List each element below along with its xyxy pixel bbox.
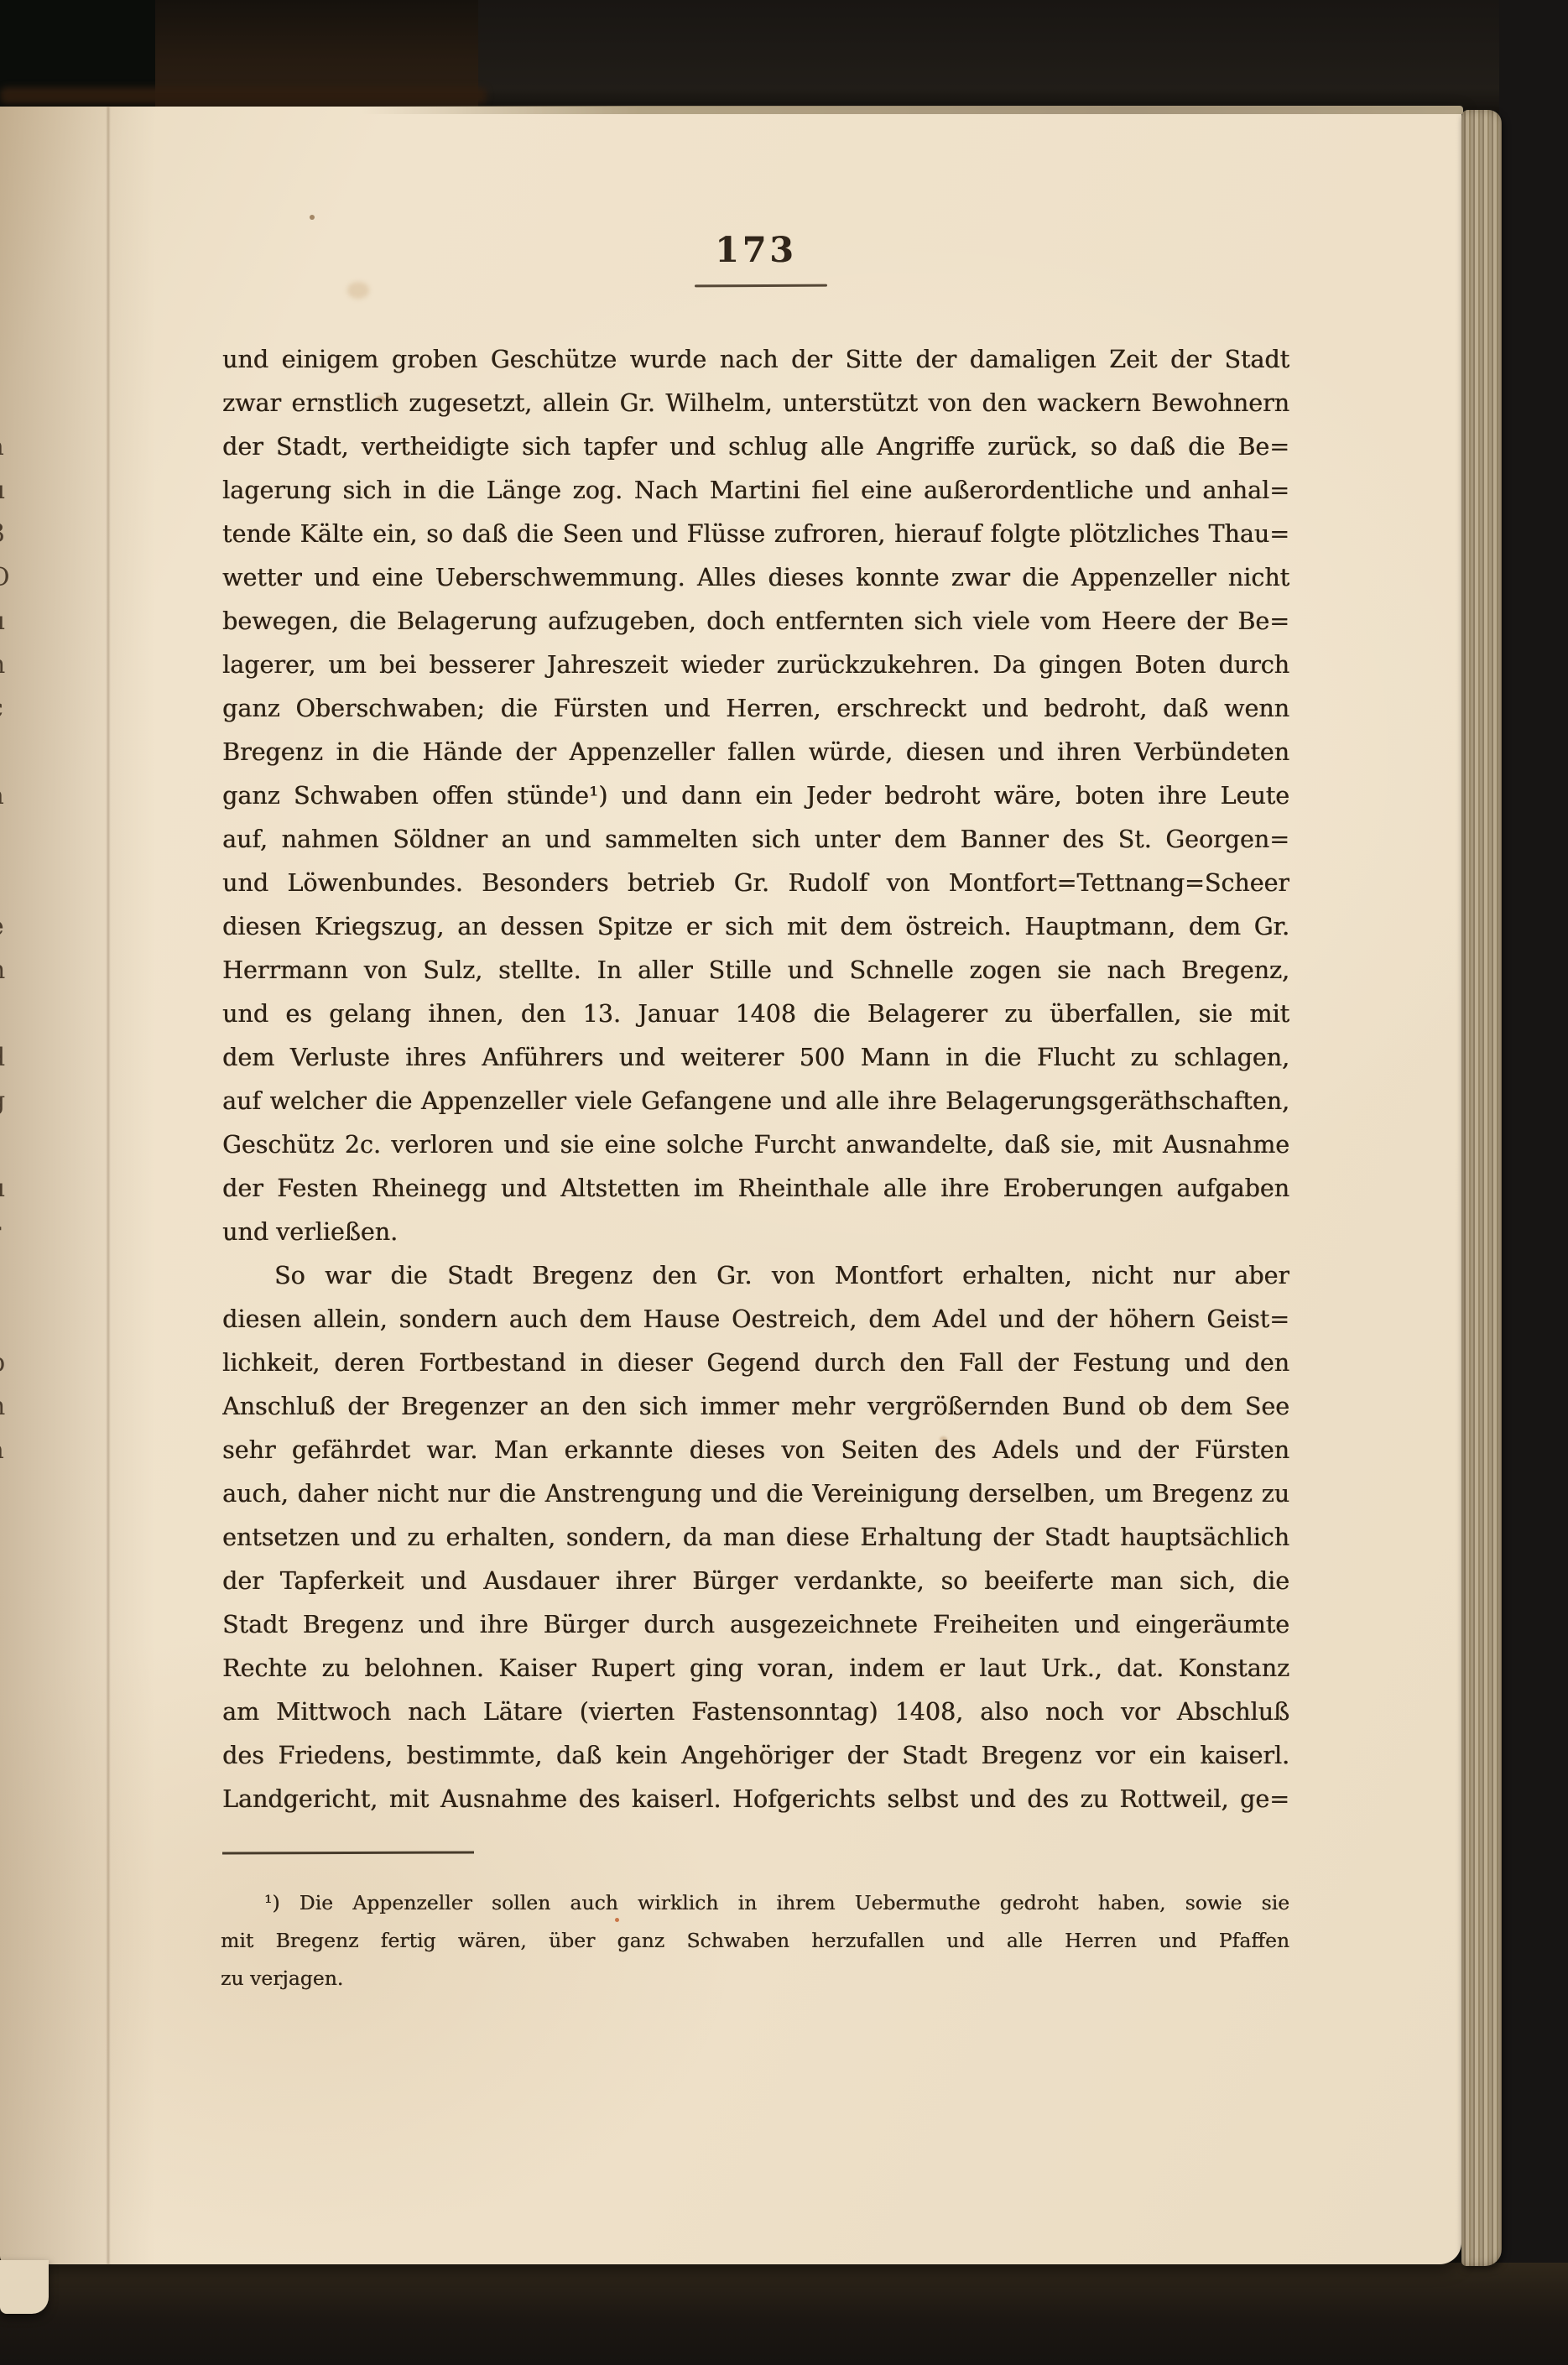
- scan-background-top-right: [478, 0, 1568, 111]
- page-edges-right: [1461, 110, 1502, 2266]
- text-line: tende Kälte ein, so daß die Seen und Flü…: [222, 513, 1289, 556]
- text-line: ganz Oberschwaben; die Fürsten und Herre…: [222, 687, 1289, 731]
- text-line: Stadt Bregenz und ihre Bürger durch ausg…: [222, 1603, 1289, 1647]
- text-line-paragraph-end: und verließen.: [222, 1211, 1289, 1254]
- facing-page-corner: [0, 2260, 49, 2314]
- body-text: und einigem groben Geschütze wurde nach …: [222, 338, 1289, 1821]
- paper-speck: [310, 215, 315, 220]
- text-line: lagerer, um bei besserer Jahreszeit wied…: [222, 643, 1289, 687]
- text-line: und Löwenbundes. Besonders betrieb Gr. R…: [222, 862, 1289, 905]
- text-line: am Mittwoch nach Lätare (vierten Fastens…: [222, 1690, 1289, 1734]
- text-line: zwar ernstlich zugesetzt, allein Gr. Wil…: [222, 382, 1289, 425]
- footnote: ¹) Die Appenzeller sollen auch wirklich …: [221, 1884, 1289, 1998]
- footnote-line: ¹) Die Appenzeller sollen auch wirklich …: [221, 1884, 1289, 1922]
- text-line: Herrmann von Sulz, stellte. In aller Sti…: [222, 949, 1289, 992]
- page-edges-top: [361, 106, 1463, 114]
- text-line: sehr gefährdet war. Man erkannte dieses …: [222, 1429, 1289, 1472]
- gutter-crease: [107, 107, 109, 2264]
- text-line: Bregenz in die Hände der Appenzeller fal…: [222, 731, 1289, 774]
- text-line: lichkeit, deren Fortbestand in dieser Ge…: [222, 1341, 1289, 1385]
- text-line: der Stadt, vertheidigte sich tapfer und …: [222, 425, 1289, 469]
- book-scan: t a u 3 O u h c i a ſ e n d g u r ſ b n …: [0, 0, 1568, 2365]
- text-line-paragraph-start: So war die Stadt Bregenz den Gr. von Mon…: [222, 1254, 1289, 1298]
- text-line: und es gelang ihnen, den 13. Januar 1408…: [222, 992, 1289, 1036]
- text-line: auf welcher die Appenzeller viele Gefang…: [222, 1080, 1289, 1123]
- text-line: auch, daher nicht nur die Anstrengung un…: [222, 1472, 1289, 1516]
- text-line: Landgericht, mit Ausnahme des kaiserl. H…: [222, 1778, 1289, 1821]
- binding-edge-fuzz: [0, 87, 487, 104]
- paper-stain: [347, 282, 369, 299]
- text-line: auf, nahmen Söldner an und sammelten sic…: [222, 818, 1289, 862]
- text-line: entsetzen und zu erhalten, sondern, da m…: [222, 1516, 1289, 1560]
- text-line: des Friedens, bestimmte, daß kein Angehö…: [222, 1734, 1289, 1778]
- text-line: dem Verluste ihres Anführers und weitere…: [222, 1036, 1289, 1080]
- text-line: bewegen, die Belagerung aufzugeben, doch…: [222, 600, 1289, 643]
- page-number: 173: [222, 230, 1289, 272]
- text-line: der Tapferkeit und Ausdauer ihrer Bürger…: [222, 1560, 1289, 1603]
- text-line: lagerung sich in die Länge zog. Nach Mar…: [222, 469, 1289, 513]
- text-line: Anschluß der Bregenzer an den sich immer…: [222, 1385, 1289, 1429]
- text-line: Geschütz 2c. verloren und sie eine solch…: [222, 1123, 1289, 1167]
- footnote-line: zu verjagen.: [221, 1960, 1289, 1998]
- text-line: Rechte zu belohnen. Kaiser Rupert ging v…: [222, 1647, 1289, 1690]
- text-line: diesen Kriegszug, an dessen Spitze er si…: [222, 905, 1289, 949]
- scan-background-right: [1499, 0, 1568, 2365]
- scan-background-bottom: [0, 2263, 1568, 2365]
- gutter-shadow: [0, 107, 155, 2264]
- text-line: ganz Schwaben offen stünde¹) und dann ei…: [222, 774, 1289, 818]
- text-line: und einigem groben Geschütze wurde nach …: [222, 338, 1289, 382]
- facing-page-text-fragments: t a u 3 O u h c i a ſ e n d g u r ſ b n …: [0, 382, 11, 1472]
- footnote-line: mit Bregenz fertig wären, über ganz Schw…: [221, 1922, 1289, 1960]
- text-line: der Festen Rheinegg und Altstetten im Rh…: [222, 1167, 1289, 1211]
- text-line: diesen allein, sondern auch dem Hause Oe…: [222, 1298, 1289, 1341]
- text-line: wetter und eine Ueberschwemmung. Alles d…: [222, 556, 1289, 600]
